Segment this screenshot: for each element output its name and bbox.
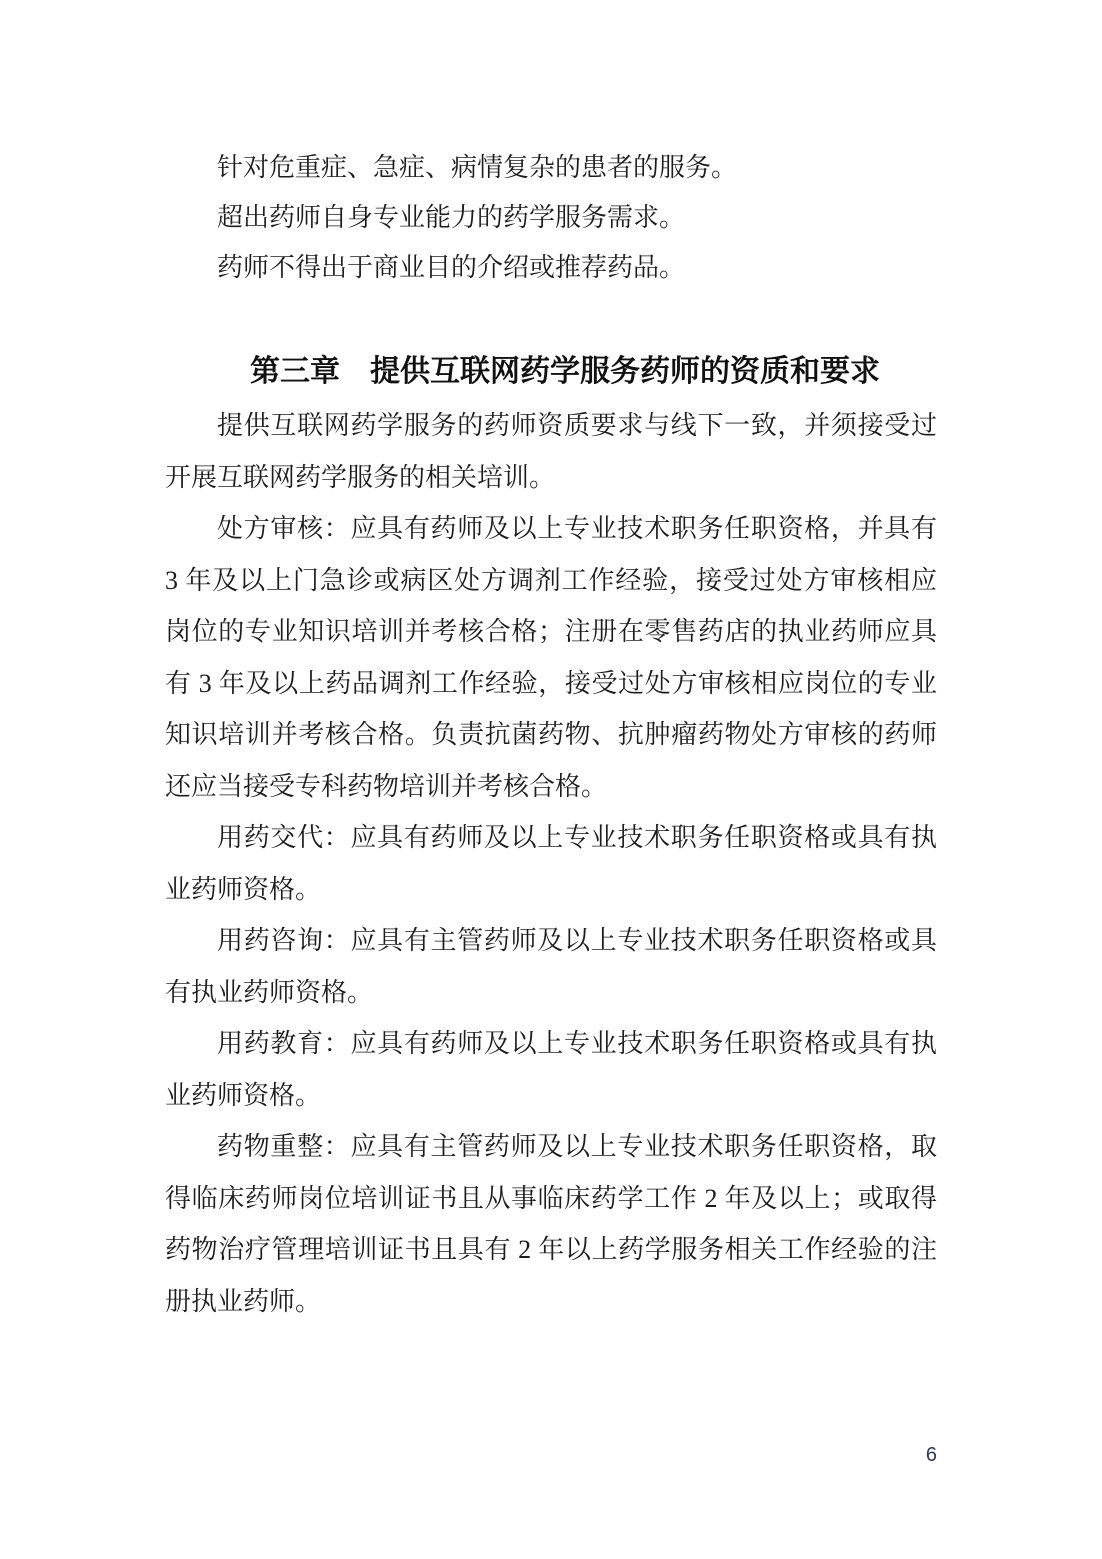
body-text-section: 提供互联网药学服务的药师资质要求与线下一致，并须接受过开展互联网药学服务的相关培… — [165, 400, 937, 1327]
intro-section: 针对危重症、急症、病情复杂的患者的服务。 超出药师自身专业能力的药学服务需求。 … — [165, 143, 937, 293]
body-paragraph: 提供互联网药学服务的药师资质要求与线下一致，并须接受过开展互联网药学服务的相关培… — [165, 400, 937, 503]
body-paragraph: 用药教育：应具有药师及以上专业技术职务任职资格或具有执业药师资格。 — [165, 1018, 937, 1121]
body-paragraph: 用药咨询：应具有主管药师及以上专业技术职务任职资格或具有执业药师资格。 — [165, 915, 937, 1018]
intro-line: 药师不得出于商业目的介绍或推荐药品。 — [165, 243, 937, 293]
body-paragraph: 药物重整：应具有主管药师及以上专业技术职务任职资格，取得临床药师岗位培训证书且从… — [165, 1121, 937, 1327]
chapter-heading: 第三章 提供互联网药学服务药师的资质和要求 — [179, 350, 951, 394]
body-paragraph: 用药交代：应具有药师及以上专业技术职务任职资格或具有执业药师资格。 — [165, 812, 937, 915]
document-content: 针对危重症、急症、病情复杂的患者的服务。 超出药师自身专业能力的药学服务需求。 … — [165, 143, 937, 1327]
page-number: 6 — [165, 1443, 937, 1467]
document-page: 针对危重症、急症、病情复杂的患者的服务。 超出药师自身专业能力的药学服务需求。 … — [0, 0, 1102, 1559]
intro-line: 超出药师自身专业能力的药学服务需求。 — [165, 193, 937, 243]
intro-line: 针对危重症、急症、病情复杂的患者的服务。 — [165, 143, 937, 193]
body-paragraph: 处方审核：应具有药师及以上专业技术职务任职资格，并具有 3 年及以上门急诊或病区… — [165, 503, 937, 812]
